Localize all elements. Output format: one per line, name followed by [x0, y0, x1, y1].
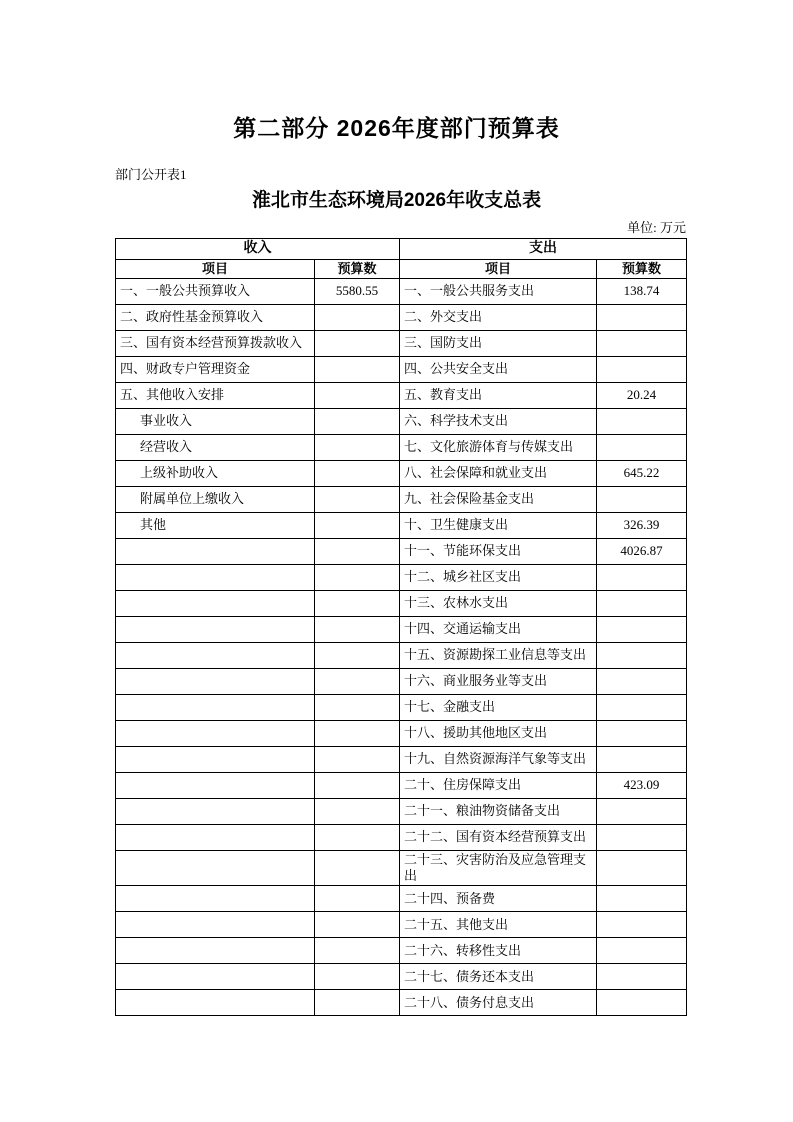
table-row: 附属单位上缴收入九、社会保险基金支出 [116, 486, 687, 512]
table-label: 部门公开表1 [115, 164, 187, 183]
expense-budget-cell [597, 564, 687, 590]
income-budget-cell [315, 694, 400, 720]
table-row: 十八、援助其他地区支出 [116, 720, 687, 746]
income-item-cell [116, 668, 315, 694]
table-row: 二十三、灾害防治及应急管理支出 [116, 850, 687, 886]
income-budget-cell [315, 486, 400, 512]
expense-item-cell: 二十三、灾害防治及应急管理支出 [400, 850, 597, 886]
expense-budget-cell [597, 886, 687, 912]
expense-budget-cell [597, 824, 687, 850]
income-item-cell [116, 886, 315, 912]
income-item-header: 项目 [116, 259, 315, 278]
table-row: 十五、资源勘探工业信息等支出 [116, 642, 687, 668]
income-item-cell [116, 964, 315, 990]
expense-item-cell: 三、国防支出 [400, 330, 597, 356]
table-row: 五、其他收入安排五、教育支出20.24 [116, 382, 687, 408]
expense-item-cell: 六、科学技术支出 [400, 408, 597, 434]
expense-budget-cell [597, 694, 687, 720]
income-budget-cell [315, 642, 400, 668]
expense-item-cell: 十二、城乡社区支出 [400, 564, 597, 590]
income-item-cell: 附属单位上缴收入 [116, 486, 315, 512]
table-row: 三、国有资本经营预算拨款收入三、国防支出 [116, 330, 687, 356]
income-item-cell [116, 912, 315, 938]
table-row: 经营收入七、文化旅游体育与传媒支出 [116, 434, 687, 460]
section-header-row: 收入 支出 [116, 239, 687, 260]
income-item-cell [116, 798, 315, 824]
expense-budget-cell: 326.39 [597, 512, 687, 538]
expense-item-cell: 二十一、粮油物资储备支出 [400, 798, 597, 824]
income-budget-cell [315, 330, 400, 356]
expense-item-cell: 一、一般公共服务支出 [400, 278, 597, 304]
income-budget-cell [315, 616, 400, 642]
table-row: 十二、城乡社区支出 [116, 564, 687, 590]
expense-item-cell: 十五、资源勘探工业信息等支出 [400, 642, 597, 668]
income-item-cell [116, 850, 315, 886]
part-title: 第二部分 2026年度部门预算表 [0, 110, 793, 143]
income-budget-cell [315, 990, 400, 1016]
expense-budget-cell [597, 434, 687, 460]
table-title: 淮北市生态环境局2026年收支总表 [0, 185, 793, 212]
table-row: 二十六、转移性支出 [116, 938, 687, 964]
expense-budget-cell: 138.74 [597, 278, 687, 304]
income-item-cell: 事业收入 [116, 408, 315, 434]
income-budget-cell [315, 720, 400, 746]
income-budget-cell [315, 538, 400, 564]
table-row: 二十七、债务还本支出 [116, 964, 687, 990]
expense-item-cell: 二、外交支出 [400, 304, 597, 330]
expense-budget-cell: 423.09 [597, 772, 687, 798]
income-section-header: 收入 [116, 239, 400, 260]
expense-item-cell: 十四、交通运输支出 [400, 616, 597, 642]
column-header-row: 项目 预算数 项目 预算数 [116, 259, 687, 278]
expense-item-cell: 十九、自然资源海洋气象等支出 [400, 746, 597, 772]
expense-item-cell: 七、文化旅游体育与传媒支出 [400, 434, 597, 460]
table-row: 二十二、国有资本经营预算支出 [116, 824, 687, 850]
table-row: 二、政府性基金预算收入二、外交支出 [116, 304, 687, 330]
expense-item-cell: 二十二、国有资本经营预算支出 [400, 824, 597, 850]
income-budget-cell [315, 304, 400, 330]
income-item-cell [116, 938, 315, 964]
income-budget-cell [315, 798, 400, 824]
expense-budget-cell [597, 616, 687, 642]
income-budget-cell [315, 564, 400, 590]
expense-budget-cell [597, 850, 687, 886]
expense-budget-cell [597, 304, 687, 330]
income-budget-cell [315, 772, 400, 798]
income-item-cell [116, 824, 315, 850]
table-row: 十四、交通运输支出 [116, 616, 687, 642]
expense-item-cell: 二十六、转移性支出 [400, 938, 597, 964]
expense-section-header: 支出 [400, 239, 687, 260]
expense-budget-cell [597, 408, 687, 434]
expense-item-header: 项目 [400, 259, 597, 278]
expense-budget-cell [597, 746, 687, 772]
income-budget-cell [315, 590, 400, 616]
income-budget-cell [315, 434, 400, 460]
income-budget-cell [315, 850, 400, 886]
expense-item-cell: 十八、援助其他地区支出 [400, 720, 597, 746]
expense-budget-cell [597, 642, 687, 668]
document-page: 第二部分 2026年度部门预算表 部门公开表1 淮北市生态环境局2026年收支总… [0, 0, 793, 1122]
expense-item-cell: 十、卫生健康支出 [400, 512, 597, 538]
income-item-cell: 三、国有资本经营预算拨款收入 [116, 330, 315, 356]
income-budget-cell [315, 512, 400, 538]
income-item-cell: 其他 [116, 512, 315, 538]
table-row: 十三、农林水支出 [116, 590, 687, 616]
expense-budget-cell [597, 720, 687, 746]
expense-budget-cell [597, 964, 687, 990]
expense-budget-cell: 20.24 [597, 382, 687, 408]
income-item-cell [116, 616, 315, 642]
expense-budget-cell [597, 912, 687, 938]
table-row: 二十四、预备费 [116, 886, 687, 912]
expense-item-cell: 十六、商业服务业等支出 [400, 668, 597, 694]
expense-item-cell: 八、社会保障和就业支出 [400, 460, 597, 486]
income-budget-cell [315, 886, 400, 912]
table-row: 十九、自然资源海洋气象等支出 [116, 746, 687, 772]
expense-budget-cell [597, 668, 687, 694]
income-item-cell [116, 564, 315, 590]
budget-table: 收入 支出 项目 预算数 项目 预算数 一、一般公共预算收入5580.55一、一… [115, 238, 687, 1016]
expense-budget-cell [597, 486, 687, 512]
income-budget-cell [315, 668, 400, 694]
income-item-cell [116, 642, 315, 668]
income-item-cell: 五、其他收入安排 [116, 382, 315, 408]
table-row: 其他十、卫生健康支出326.39 [116, 512, 687, 538]
income-budget-cell: 5580.55 [315, 278, 400, 304]
income-item-cell [116, 694, 315, 720]
income-item-cell [116, 720, 315, 746]
income-item-cell [116, 772, 315, 798]
expense-budget-header: 预算数 [597, 259, 687, 278]
expense-item-cell: 十七、金融支出 [400, 694, 597, 720]
expense-item-cell: 四、公共安全支出 [400, 356, 597, 382]
income-item-cell: 经营收入 [116, 434, 315, 460]
expense-budget-cell [597, 330, 687, 356]
income-item-cell [116, 590, 315, 616]
unit-label: 单位: 万元 [115, 217, 686, 236]
income-budget-header: 预算数 [315, 259, 400, 278]
table-row: 二十五、其他支出 [116, 912, 687, 938]
income-item-cell [116, 990, 315, 1016]
expense-budget-cell [597, 990, 687, 1016]
income-item-cell: 四、财政专户管理资金 [116, 356, 315, 382]
expense-item-cell: 九、社会保险基金支出 [400, 486, 597, 512]
income-budget-cell [315, 460, 400, 486]
table-row: 十一、节能环保支出4026.87 [116, 538, 687, 564]
income-item-cell: 一、一般公共预算收入 [116, 278, 315, 304]
expense-item-cell: 二十八、债务付息支出 [400, 990, 597, 1016]
income-budget-cell [315, 746, 400, 772]
table-row: 二十八、债务付息支出 [116, 990, 687, 1016]
expense-item-cell: 二十七、债务还本支出 [400, 964, 597, 990]
table-row: 上级补助收入八、社会保障和就业支出645.22 [116, 460, 687, 486]
income-item-cell [116, 538, 315, 564]
expense-budget-cell: 645.22 [597, 460, 687, 486]
expense-item-cell: 二十五、其他支出 [400, 912, 597, 938]
table-row: 二十一、粮油物资储备支出 [116, 798, 687, 824]
table-row: 二十、住房保障支出423.09 [116, 772, 687, 798]
expense-item-cell: 五、教育支出 [400, 382, 597, 408]
budget-table-body: 一、一般公共预算收入5580.55一、一般公共服务支出138.74二、政府性基金… [116, 278, 687, 1016]
income-budget-cell [315, 824, 400, 850]
income-budget-cell [315, 938, 400, 964]
income-budget-cell [315, 912, 400, 938]
table-row: 十七、金融支出 [116, 694, 687, 720]
expense-budget-cell [597, 798, 687, 824]
expense-item-cell: 二十四、预备费 [400, 886, 597, 912]
expense-item-cell: 十一、节能环保支出 [400, 538, 597, 564]
table-row: 一、一般公共预算收入5580.55一、一般公共服务支出138.74 [116, 278, 687, 304]
income-budget-cell [315, 382, 400, 408]
table-row: 事业收入六、科学技术支出 [116, 408, 687, 434]
income-budget-cell [315, 408, 400, 434]
expense-budget-cell [597, 590, 687, 616]
expense-item-cell: 十三、农林水支出 [400, 590, 597, 616]
expense-budget-cell [597, 938, 687, 964]
income-budget-cell [315, 964, 400, 990]
table-row: 十六、商业服务业等支出 [116, 668, 687, 694]
income-item-cell: 上级补助收入 [116, 460, 315, 486]
expense-budget-cell [597, 356, 687, 382]
income-item-cell [116, 746, 315, 772]
expense-budget-cell: 4026.87 [597, 538, 687, 564]
income-item-cell: 二、政府性基金预算收入 [116, 304, 315, 330]
table-row: 四、财政专户管理资金四、公共安全支出 [116, 356, 687, 382]
expense-item-cell: 二十、住房保障支出 [400, 772, 597, 798]
income-budget-cell [315, 356, 400, 382]
